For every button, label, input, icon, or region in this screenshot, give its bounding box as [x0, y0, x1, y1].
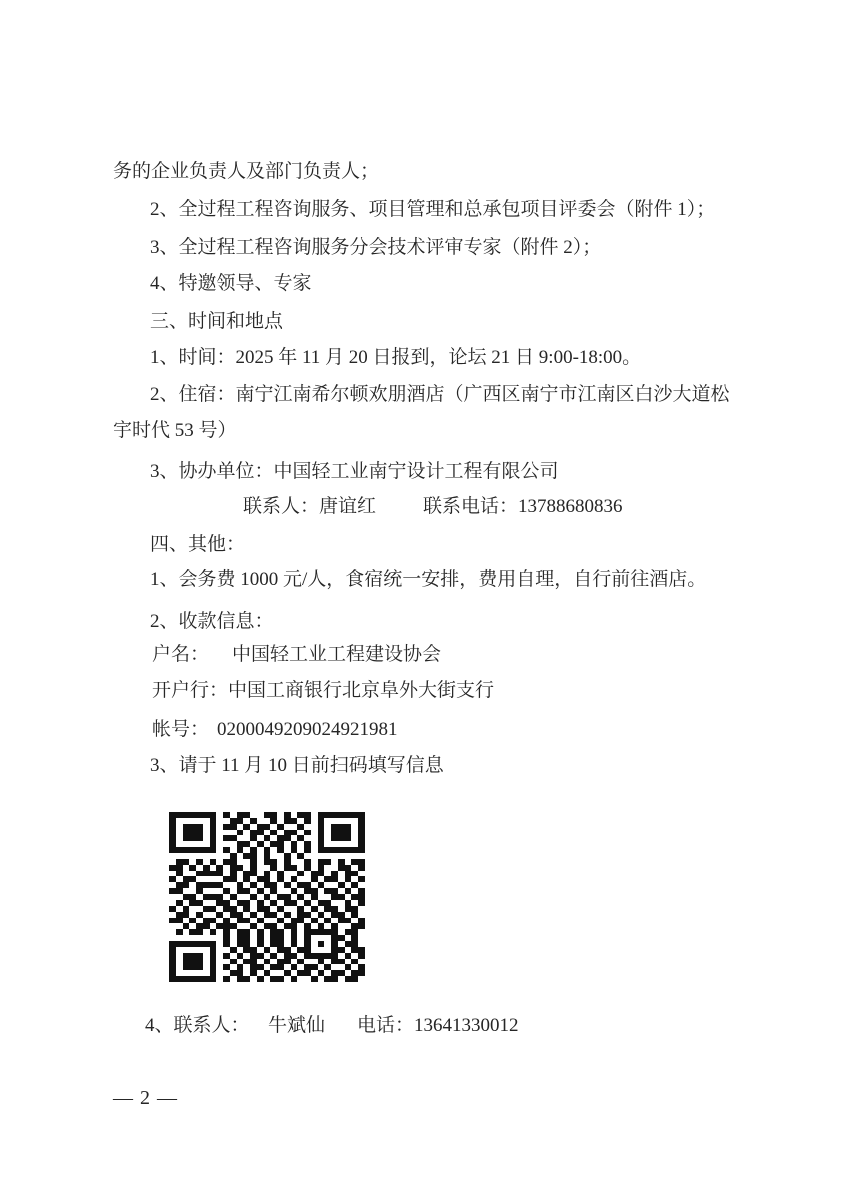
qr-code-image [169, 812, 365, 982]
item-payment-info: 2、收款信息： [150, 610, 274, 634]
payment-bank-line: 开户行：中国工商银行北京阜外大街支行 [152, 679, 494, 703]
contact-name: 牛斌仙 [268, 1014, 325, 1038]
payment-account-number-line: 帐号： 0200049209024921981 [0, 718, 850, 742]
list-item-3-experts: 3、全过程工程咨询服务分会技术评审专家（附件 2）； [150, 236, 601, 260]
contact-line-bottom: 4、联系人： 牛斌仙 电话：13641330012 [0, 1014, 850, 1038]
co-organizer-contact-line: 联系人：唐谊红 联系电话：13788680836 [0, 495, 850, 519]
item-co-organizer: 3、协办单位：中国轻工业南宁设计工程有限公司 [150, 460, 559, 484]
item-fee: 1、会务费 1000 元/人，食宿统一安排，费用自理，自行前往酒店。 [150, 568, 706, 592]
account-name-label: 户名： [152, 643, 209, 667]
contact-phone: 联系电话：13788680836 [423, 495, 623, 519]
account-name-value: 中国轻工业工程建设协会 [232, 643, 441, 667]
section-heading-time-place: 三、时间和地点 [150, 310, 283, 334]
list-item-4-guests: 4、特邀领导、专家 [150, 272, 312, 296]
account-number-label: 帐号： [152, 718, 209, 742]
item-accommodation: 2、住宿：南宁江南希尔顿欢朋酒店（广西区南宁市江南区白沙大道松 [150, 383, 730, 407]
account-number-value: 0200049209024921981 [217, 718, 398, 742]
item-time: 1、时间：2025 年 11 月 20 日报到，论坛 21 日 9:00-18:… [150, 346, 641, 370]
list-item-2-committee: 2、全过程工程咨询服务、项目管理和总承包项目评委会（附件 1）； [150, 198, 715, 222]
contact-label: 4、联系人： [145, 1014, 250, 1038]
payment-account-name-line: 户名： 中国轻工业工程建设协会 [0, 643, 850, 667]
page-number: — 2 — [113, 1086, 178, 1110]
contact-person: 联系人：唐谊红 [243, 495, 376, 519]
document-page: 务的企业负责人及部门负责人； 2、全过程工程咨询服务、项目管理和总承包项目评委会… [0, 0, 850, 1202]
item-accommodation-wrap: 宇时代 53 号） [113, 419, 237, 443]
body-line-continuation: 务的企业负责人及部门负责人； [113, 160, 379, 184]
item-scan-deadline: 3、请于 11 月 10 日前扫码填写信息 [150, 754, 444, 778]
contact-phone-2: 电话：13641330012 [357, 1014, 519, 1038]
section-heading-other: 四、其他： [150, 533, 245, 557]
